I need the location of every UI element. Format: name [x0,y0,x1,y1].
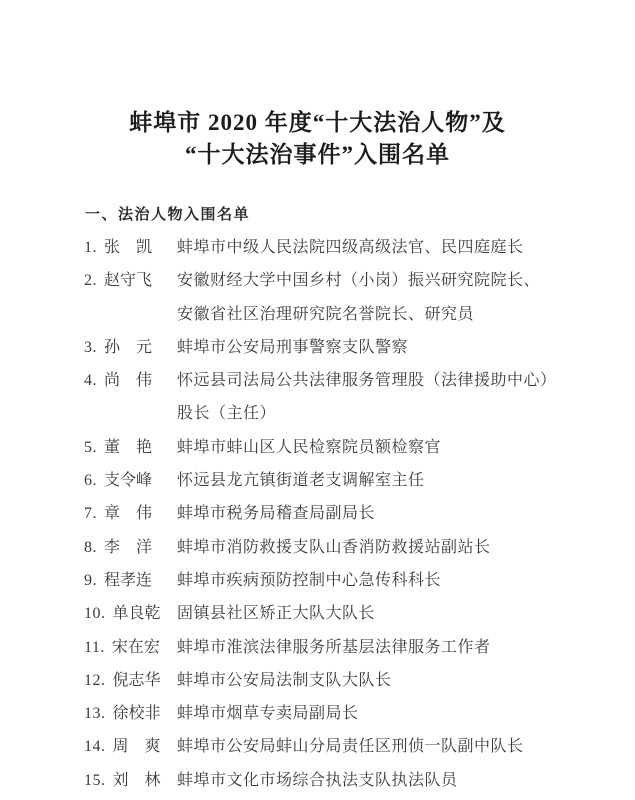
person-name: 徐校非 [113,705,161,722]
item-number-name: 1. 张 凯 [84,231,177,264]
item-number-name: 3. 孙 元 [84,331,177,364]
list-item: 12. 倪志华 蚌埠市公安局法制支队大队长 [84,664,584,697]
person-title: 蚌埠市疾病预防控制中心急传科科长 [177,564,584,597]
person-title-line: 安徽财经大学中国乡村（小岗）振兴研究院院长、 [177,264,584,297]
person-title: 蚌埠市公安局刑事警察支队警察 [177,331,584,364]
person-name: 单良乾 [113,605,161,622]
list-item: 15. 刘 林 蚌埠市文化市场综合执法支队执法队员 [84,764,584,797]
item-number: 6. [84,472,97,489]
person-title-line: 蚌埠市公安局蚌山分局责任区刑侦一队副中队长 [177,730,584,763]
document-title-line-2: “十大法治事件”入围名单 [0,139,635,171]
list-item: 13. 徐校非 蚌埠市烟草专卖局副局长 [84,697,584,730]
document-page: 蚌埠市 2020 年度“十大法治人物”及 “十大法治事件”入围名单 一、法治人物… [0,0,635,800]
item-number: 5. [84,439,97,456]
item-number-name: 2. 赵守飞 [84,264,177,297]
person-title: 蚌埠市中级人民法院四级高级法官、民四庭庭长 [177,231,584,264]
person-name: 宋在宏 [112,639,160,656]
item-number-name: 13. 徐校非 [84,697,177,730]
item-number: 8. [84,539,97,556]
person-title-line: 蚌埠市蚌山区人民检察院员额检察官 [177,431,584,464]
person-title: 固镇县社区矫正大队大队长 [177,597,584,630]
person-title-line: 蚌埠市烟草专卖局副局长 [177,697,584,730]
person-title: 蚌埠市公安局蚌山分局责任区刑侦一队副中队长 [177,730,584,763]
person-title-line: 固镇县社区矫正大队大队长 [177,597,584,630]
person-name: 尚 伟 [104,372,152,389]
person-title-line: 怀远县司法局公共法律服务管理股（法律援助中心） [177,364,584,397]
person-title-line: 股长（主任） [177,397,584,430]
person-title: 蚌埠市公安局法制支队大队长 [177,664,584,697]
item-number-name: 6. 支令峰 [84,464,177,497]
person-title-line: 蚌埠市消防救援支队山香消防救援站副站长 [177,531,584,564]
item-number: 2. [84,272,97,289]
person-title: 怀远县龙亢镇街道老支调解室主任 [177,464,584,497]
item-number-name: 11. 宋在宏 [84,631,177,664]
person-title: 蚌埠市烟草专卖局副局长 [177,697,584,730]
list-item: 4. 尚 伟 怀远县司法局公共法律服务管理股（法律援助中心）股长（主任） [84,364,584,431]
person-name: 孙 元 [104,339,152,356]
person-name: 赵守飞 [104,272,152,289]
list-item: 2. 赵守飞 安徽财经大学中国乡村（小岗）振兴研究院院长、安徽省社区治理研究院名… [84,264,584,331]
document-title-line-1: 蚌埠市 2020 年度“十大法治人物”及 [0,107,635,139]
item-number: 14. [84,738,106,755]
person-title-line: 蚌埠市税务局稽查局副局长 [177,497,584,530]
person-title-line: 蚌埠市公安局法制支队大队长 [177,664,584,697]
item-number-name: 4. 尚 伟 [84,364,177,397]
person-title-line: 蚌埠市疾病预防控制中心急传科科长 [177,564,584,597]
person-name: 刘 林 [113,772,161,789]
list-item: 6. 支令峰 怀远县龙亢镇街道老支调解室主任 [84,464,584,497]
person-name: 李 洋 [104,539,152,556]
section-heading: 一、法治人物入围名单 [85,206,250,224]
item-number: 12. [84,672,106,689]
item-number: 10. [84,605,106,622]
person-title: 蚌埠市税务局稽查局副局长 [177,497,584,530]
list-item: 1. 张 凯 蚌埠市中级人民法院四级高级法官、民四庭庭长 [84,231,584,264]
person-name: 张 凯 [104,239,152,256]
person-title: 蚌埠市淮滨法律服务所基层法律服务工作者 [177,631,584,664]
item-number-name: 10. 单良乾 [84,597,177,630]
item-number: 11. [84,639,105,656]
person-title: 安徽财经大学中国乡村（小岗）振兴研究院院长、安徽省社区治理研究院名誉院长、研究员 [177,264,584,331]
list-item: 11. 宋在宏 蚌埠市淮滨法律服务所基层法律服务工作者 [84,631,584,664]
list-item: 5. 董 艳 蚌埠市蚌山区人民检察院员额检察官 [84,431,584,464]
person-name: 倪志华 [113,672,161,689]
item-number: 4. [84,372,97,389]
item-number: 13. [84,705,106,722]
person-title-line: 蚌埠市文化市场综合执法支队执法队员 [177,764,584,797]
person-title-line: 蚌埠市中级人民法院四级高级法官、民四庭庭长 [177,231,584,264]
person-title-line: 蚌埠市公安局刑事警察支队警察 [177,331,584,364]
document-title: 蚌埠市 2020 年度“十大法治人物”及 “十大法治事件”入围名单 [0,107,635,171]
person-name: 周 爽 [113,738,161,755]
list-item: 10. 单良乾 固镇县社区矫正大队大队长 [84,597,584,630]
list-item: 8. 李 洋 蚌埠市消防救援支队山香消防救援站副站长 [84,531,584,564]
person-title: 蚌埠市蚌山区人民检察院员额检察官 [177,431,584,464]
item-number-name: 5. 董 艳 [84,431,177,464]
item-number: 1. [84,239,97,256]
person-name: 支令峰 [104,472,152,489]
person-name: 程孝连 [104,572,152,589]
item-number-name: 9. 程孝连 [84,564,177,597]
item-number-name: 7. 章 伟 [84,497,177,530]
person-title: 怀远县司法局公共法律服务管理股（法律援助中心）股长（主任） [177,364,584,431]
item-number: 9. [84,572,97,589]
person-name: 董 艳 [104,439,152,456]
item-number: 3. [84,339,97,356]
person-title-line: 蚌埠市淮滨法律服务所基层法律服务工作者 [177,631,584,664]
list-item: 14. 周 爽 蚌埠市公安局蚌山分局责任区刑侦一队副中队长 [84,730,584,763]
item-number: 7. [84,505,97,522]
item-number-name: 8. 李 洋 [84,531,177,564]
people-list: 1. 张 凯 蚌埠市中级人民法院四级高级法官、民四庭庭长 2. 赵守飞 安徽财经… [84,231,584,797]
item-number: 15. [84,772,106,789]
list-item: 9. 程孝连 蚌埠市疾病预防控制中心急传科科长 [84,564,584,597]
list-item: 3. 孙 元 蚌埠市公安局刑事警察支队警察 [84,331,584,364]
person-name: 章 伟 [104,505,152,522]
person-title: 蚌埠市文化市场综合执法支队执法队员 [177,764,584,797]
list-item: 7. 章 伟 蚌埠市税务局稽查局副局长 [84,497,584,530]
item-number-name: 15. 刘 林 [84,764,177,797]
person-title-line: 怀远县龙亢镇街道老支调解室主任 [177,464,584,497]
item-number-name: 14. 周 爽 [84,730,177,763]
person-title-line: 安徽省社区治理研究院名誉院长、研究员 [177,298,584,331]
item-number-name: 12. 倪志华 [84,664,177,697]
person-title: 蚌埠市消防救援支队山香消防救援站副站长 [177,531,584,564]
